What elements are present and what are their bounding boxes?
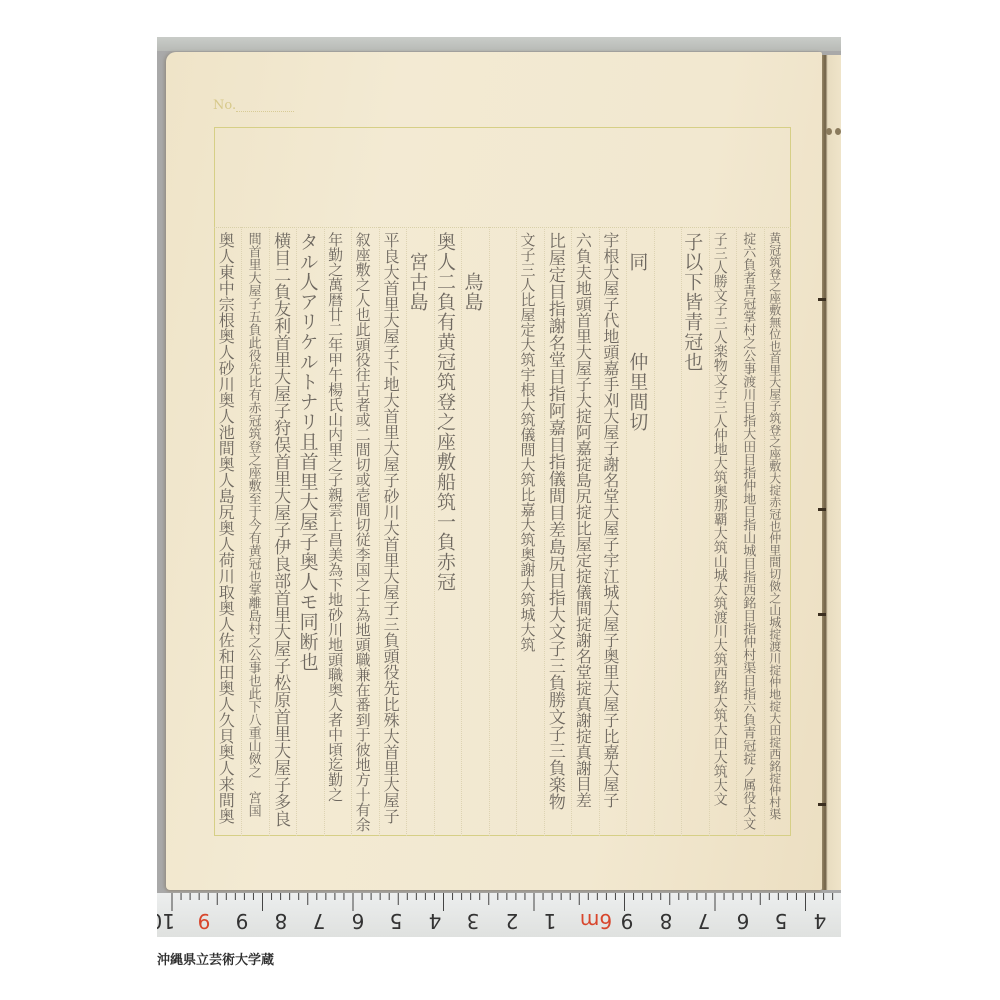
text-column: 横目二負友利首里大屋子狩俣首里大屋子伊良部首里大屋子松原首里大屋子多良 — [268, 232, 295, 832]
text-column: 奥人東中宗根奥人砂川奥人池間奥人島尻奥人荷川取奥人佐和田奥人久貝奥人来間奥 — [213, 232, 240, 832]
text-column: 平良大首里大屋子下地大首里大屋子砂川大首里大屋子三負頭役先比殊大首里大屋子 — [378, 232, 405, 832]
book-page-edge — [822, 55, 841, 890]
text-column: 文子三人比屋定大筑宇根大筑儀間大筑比嘉大筑奥謝大筑城大筑 — [515, 232, 542, 832]
binding-stitch — [818, 803, 826, 806]
text-column: 宇根大屋子代地頭嘉手刈大屋子謝名堂大屋子宇江城大屋子奥里大屋子比嘉大屋子 — [597, 232, 624, 832]
binding-stitch — [818, 298, 826, 301]
ruler-number: 8 — [271, 909, 291, 933]
ruler-number: 4 — [425, 909, 445, 933]
text-column: 奥人二負有黄冠筑登之座敷船筑一負赤冠 — [433, 232, 460, 832]
binding-hole — [826, 128, 832, 135]
text-column: 黄冠筑登之座敷無位也首里大屋子筑登之座敷大掟赤冠也仲里間切傚之山城掟渡川掟仲地掟… — [762, 232, 789, 832]
binding-stitch — [818, 613, 826, 616]
ruler-number: 9 — [617, 909, 637, 933]
text-column: 宮古島 — [405, 232, 432, 832]
text-column: 間首里大屋子五負此役先比有赤冠筑登之座敷至于今有黄冠也掌離島村之公事也此下八重山… — [240, 232, 267, 832]
text-column: 鳥島 — [460, 232, 487, 832]
ruler-number: 3 — [463, 909, 483, 933]
text-column: 子以下皆青冠也 — [680, 232, 707, 832]
ruler-number: 1 — [540, 909, 560, 933]
text-column: タル人アリケルトナリ且首里大屋子奥人モ同断也 — [295, 232, 322, 832]
text-column — [488, 232, 515, 832]
ruler-number: 6 — [348, 909, 368, 933]
ruler-number: 7 — [694, 909, 714, 933]
backdrop — [157, 37, 841, 51]
ruler-number: 9 — [194, 909, 214, 933]
ruler-number: 6 — [733, 909, 753, 933]
text-column: 叙座敷之人也此頭役往古者或二間切或壱間切従李国之士為地頭職兼在番到于彼地方十有余 — [350, 232, 377, 832]
ruler-number: 2 — [502, 909, 522, 933]
binding-hole — [835, 128, 841, 135]
text-column: 子三人勝文子三人楽物文子三人仲地大筑奥那覇大筑山城大筑渡川大筑西銘大筑大田大筑大… — [707, 232, 734, 832]
ruler-number: 5 — [386, 909, 406, 933]
measuring-tape: 1099876543216m987654 — [157, 893, 841, 937]
ruler-number: 7 — [309, 909, 329, 933]
text-column: 六負夫地頭首里大屋子大掟阿嘉掟島尻掟比屋定掟儀間掟謝名堂掟真謝掟真謝目差 — [570, 232, 597, 832]
text-column — [652, 232, 679, 832]
collection-caption: 沖縄県立芸術大学蔵 — [157, 949, 274, 968]
text-column: 掟六負者青冠掌村之公事渡川目指大田目指仲地目指山城目指西銘目指仲村渠目指六負青冠… — [735, 232, 762, 832]
page-number-line — [236, 111, 294, 112]
text-column: 比屋定目指謝名堂目指阿嘉目指儀間目差島尻目指大文子三負勝文子三負楽物 — [542, 232, 569, 832]
ruler-number: 6m — [579, 909, 613, 933]
ruler-number: 5 — [771, 909, 791, 933]
text-column: 年勤之萬暦廿二年甲午楊氏山内里之子親雲上昌美為下地砂川地頭職奥人者中頃迄勤之 — [323, 232, 350, 832]
ruler-number: 8 — [656, 909, 676, 933]
text-column: 同 仲里間切 — [625, 232, 652, 832]
binding-stitch — [818, 508, 826, 511]
ruler-number: 4 — [810, 909, 830, 933]
page-number-label: No. — [213, 98, 236, 113]
header-rule — [214, 227, 791, 228]
ruler-number: 10 — [157, 909, 175, 933]
ruler-number: 9 — [232, 909, 252, 933]
